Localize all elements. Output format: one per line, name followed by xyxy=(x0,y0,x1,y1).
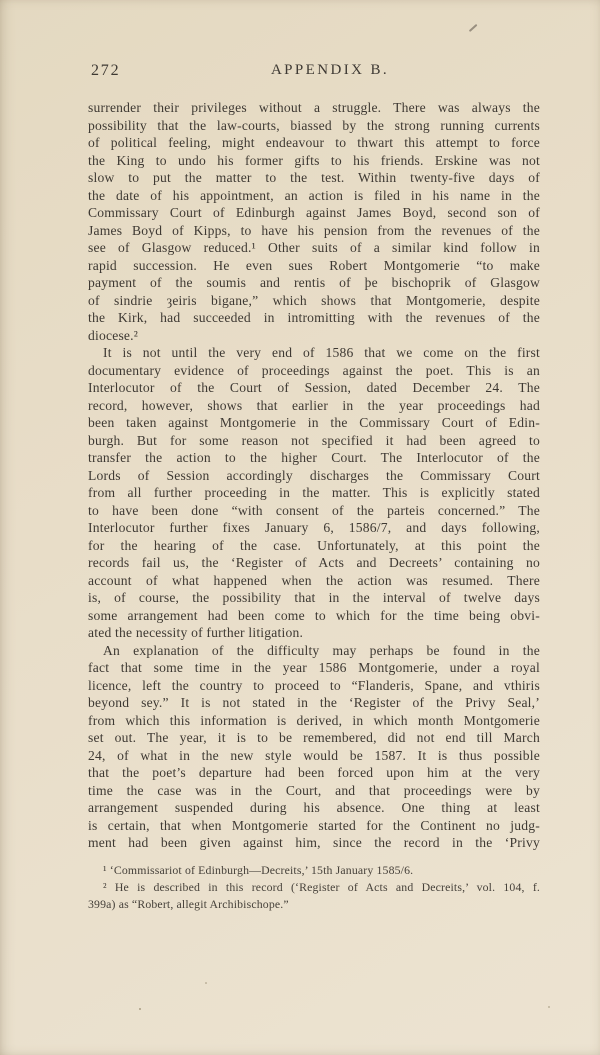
text-line: James Boyd of Kipps, to have his pension… xyxy=(88,222,540,240)
text-line: ated the necessity of further litigation… xyxy=(88,624,540,642)
text-line: documentary evidence of proceedings agai… xyxy=(88,362,540,380)
text-line: fact that some time in the year 1586 Mon… xyxy=(88,659,540,677)
text-line: transfer the action to the higher Court.… xyxy=(88,449,540,467)
text-line: the Kirk, had succeeded in intromitting … xyxy=(88,309,540,327)
book-page: 272 APPENDIX B. surrender their privileg… xyxy=(0,0,600,1055)
text-line: licence, left the country to proceed to … xyxy=(88,677,540,695)
text-line: possibility that the law-courts, biassed… xyxy=(88,117,540,135)
text-line: Interlocutor further fixes January 6, 15… xyxy=(88,519,540,537)
text-line: the date of his appointment, an action i… xyxy=(88,187,540,205)
text-line: Commissary Court of Edinburgh against Ja… xyxy=(88,204,540,222)
text-line: to have been done “with consent of the p… xyxy=(88,502,540,520)
text-line: time the case was in the Court, and that… xyxy=(88,782,540,800)
text-line: the King to undo his former gifts to his… xyxy=(88,152,540,170)
text-line: from which this information is derived, … xyxy=(88,712,540,730)
footnotes-block: ¹ ‘Commissariot of Edinburgh—Decreits,’ … xyxy=(88,862,540,914)
footnote: ² He is described in this record (‘Regis… xyxy=(88,879,540,913)
text-line: slow to put the matter to the test. With… xyxy=(88,169,540,187)
text-line: Interlocutor of the Court of Session, da… xyxy=(88,379,540,397)
text-line: Lords of Session accordingly discharges … xyxy=(88,467,540,485)
text-line: rapid succession. He even sues Robert Mo… xyxy=(88,257,540,275)
paper-speck xyxy=(205,982,207,984)
paragraph: It is not until the very end of 1586 tha… xyxy=(88,344,540,642)
text-line: payment of the soumis and rentis of þe b… xyxy=(88,274,540,292)
text-line: surrender their privileges without a str… xyxy=(88,99,540,117)
paper-speck xyxy=(139,1008,141,1010)
scratch-mark-artifact xyxy=(469,24,477,32)
page-number: 272 xyxy=(91,62,120,80)
paragraph: An explanation of the difficulty may per… xyxy=(88,642,540,852)
paper-speck xyxy=(548,1006,550,1008)
paragraph: surrender their privileges without a str… xyxy=(88,99,540,344)
text-line: 24, of what in the new style would be 15… xyxy=(88,747,540,765)
text-line: An explanation of the difficulty may per… xyxy=(88,642,540,660)
text-line: 399a) as “Robert, allegit Archibischope.… xyxy=(88,896,540,913)
running-head-title: APPENDIX B. xyxy=(88,62,540,79)
text-line: of political feeling, might endeavour to… xyxy=(88,134,540,152)
text-line: burgh. But for some reason not specified… xyxy=(88,432,540,450)
text-line: of sindrie ȝeiris bigane,” which shows t… xyxy=(88,292,540,310)
text-line: diocese.² xyxy=(88,327,540,345)
text-line: from all further proceeding in the matte… xyxy=(88,484,540,502)
text-line: is certain, that when Montgomerie starte… xyxy=(88,817,540,835)
text-line: that the poet’s departure had been force… xyxy=(88,764,540,782)
text-line: ¹ ‘Commissariot of Edinburgh—Decreits,’ … xyxy=(88,862,540,879)
text-line: for the hearing of the case. Unfortunate… xyxy=(88,537,540,555)
footnote: ¹ ‘Commissariot of Edinburgh—Decreits,’ … xyxy=(88,862,540,879)
text-line: see of Glasgow reduced.¹ Other suits of … xyxy=(88,239,540,257)
text-line: set out. The year, it is to be remembere… xyxy=(88,729,540,747)
text-line: ² He is described in this record (‘Regis… xyxy=(88,879,540,896)
body-text-block: surrender their privileges without a str… xyxy=(88,99,540,852)
text-line: It is not until the very end of 1586 tha… xyxy=(88,344,540,362)
page-header: 272 APPENDIX B. xyxy=(88,62,540,82)
text-line: account of what happened when the action… xyxy=(88,572,540,590)
text-line: been taken against Montgomerie in the Co… xyxy=(88,414,540,432)
text-line: is, of course, the possibility that in t… xyxy=(88,589,540,607)
text-line: beyond sey.” It is not stated in the ‘Re… xyxy=(88,694,540,712)
text-line: records fail us, the ‘Register of Acts a… xyxy=(88,554,540,572)
text-line: some arrangement had been come to which … xyxy=(88,607,540,625)
text-line: arrangement suspended during his absence… xyxy=(88,799,540,817)
text-line: record, however, shows that earlier in t… xyxy=(88,397,540,415)
text-line: ment had been given against him, since t… xyxy=(88,834,540,852)
